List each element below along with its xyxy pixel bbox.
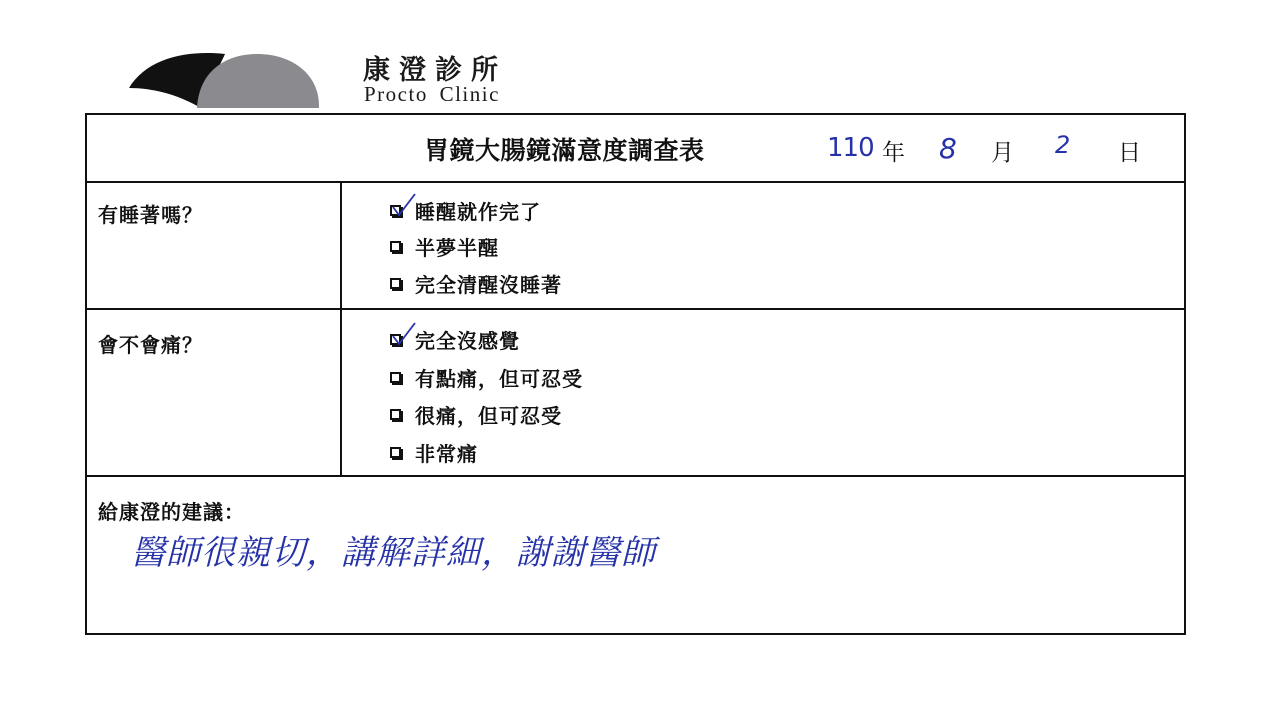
option-label: 有點痛，但可忍受 xyxy=(415,363,583,392)
question-pain-label: 會不會痛？ xyxy=(98,329,203,358)
checkbox-unchecked[interactable] xyxy=(390,241,401,252)
date-day-unit: 日 xyxy=(1118,134,1141,167)
option-label: 非常痛 xyxy=(415,438,478,467)
clinic-name-english: Procto Clinic xyxy=(364,82,500,107)
option-label: 睡醒就作完了 xyxy=(415,196,541,225)
divider xyxy=(87,475,1184,477)
date-day-value[interactable]: 2 xyxy=(1055,131,1070,159)
date-year-unit: 年 xyxy=(882,134,905,167)
option-label: 半夢半醒 xyxy=(415,232,499,261)
checkbox-checked[interactable] xyxy=(390,205,401,216)
divider xyxy=(87,181,1184,183)
suggestion-label: 給康澄的建議： xyxy=(98,496,245,525)
survey-form: 胃鏡大腸鏡滿意度調查表 110 年 8 月 2 日 有睡著嗎？ 睡醒就作完了 半… xyxy=(85,113,1186,635)
option-pain-extreme[interactable]: 非常痛 xyxy=(390,439,478,465)
option-label: 很痛，但可忍受 xyxy=(415,400,562,429)
option-sleep-asleep[interactable]: 睡醒就作完了 xyxy=(390,197,541,223)
checkbox-checked[interactable] xyxy=(390,334,401,345)
checkmark-icon xyxy=(390,193,416,219)
option-pain-very[interactable]: 很痛，但可忍受 xyxy=(390,401,562,427)
option-sleep-awake[interactable]: 完全清醒沒睡著 xyxy=(390,270,562,296)
question-sleep-label: 有睡著嗎？ xyxy=(98,199,203,228)
divider xyxy=(87,308,1184,310)
option-label: 完全沒感覺 xyxy=(415,325,520,354)
suggestion-handwritten-text[interactable]: 醫師很親切，講解詳細，謝謝醫師 xyxy=(131,525,656,574)
checkbox-unchecked[interactable] xyxy=(390,409,401,420)
date-year-value[interactable]: 110 xyxy=(827,133,874,163)
form-title: 胃鏡大腸鏡滿意度調查表 xyxy=(424,131,705,167)
date-month-value[interactable]: 8 xyxy=(939,132,957,165)
option-label: 完全清醒沒睡著 xyxy=(415,269,562,298)
checkbox-unchecked[interactable] xyxy=(390,447,401,458)
checkmark-icon xyxy=(390,322,416,348)
option-pain-slight[interactable]: 有點痛，但可忍受 xyxy=(390,364,583,390)
checkbox-unchecked[interactable] xyxy=(390,372,401,383)
clinic-logo-icon xyxy=(127,50,322,110)
option-sleep-half[interactable]: 半夢半醒 xyxy=(390,233,499,259)
checkbox-unchecked[interactable] xyxy=(390,278,401,289)
date-month-unit: 月 xyxy=(991,134,1014,167)
column-divider xyxy=(340,181,342,475)
option-pain-none[interactable]: 完全沒感覺 xyxy=(390,326,520,352)
